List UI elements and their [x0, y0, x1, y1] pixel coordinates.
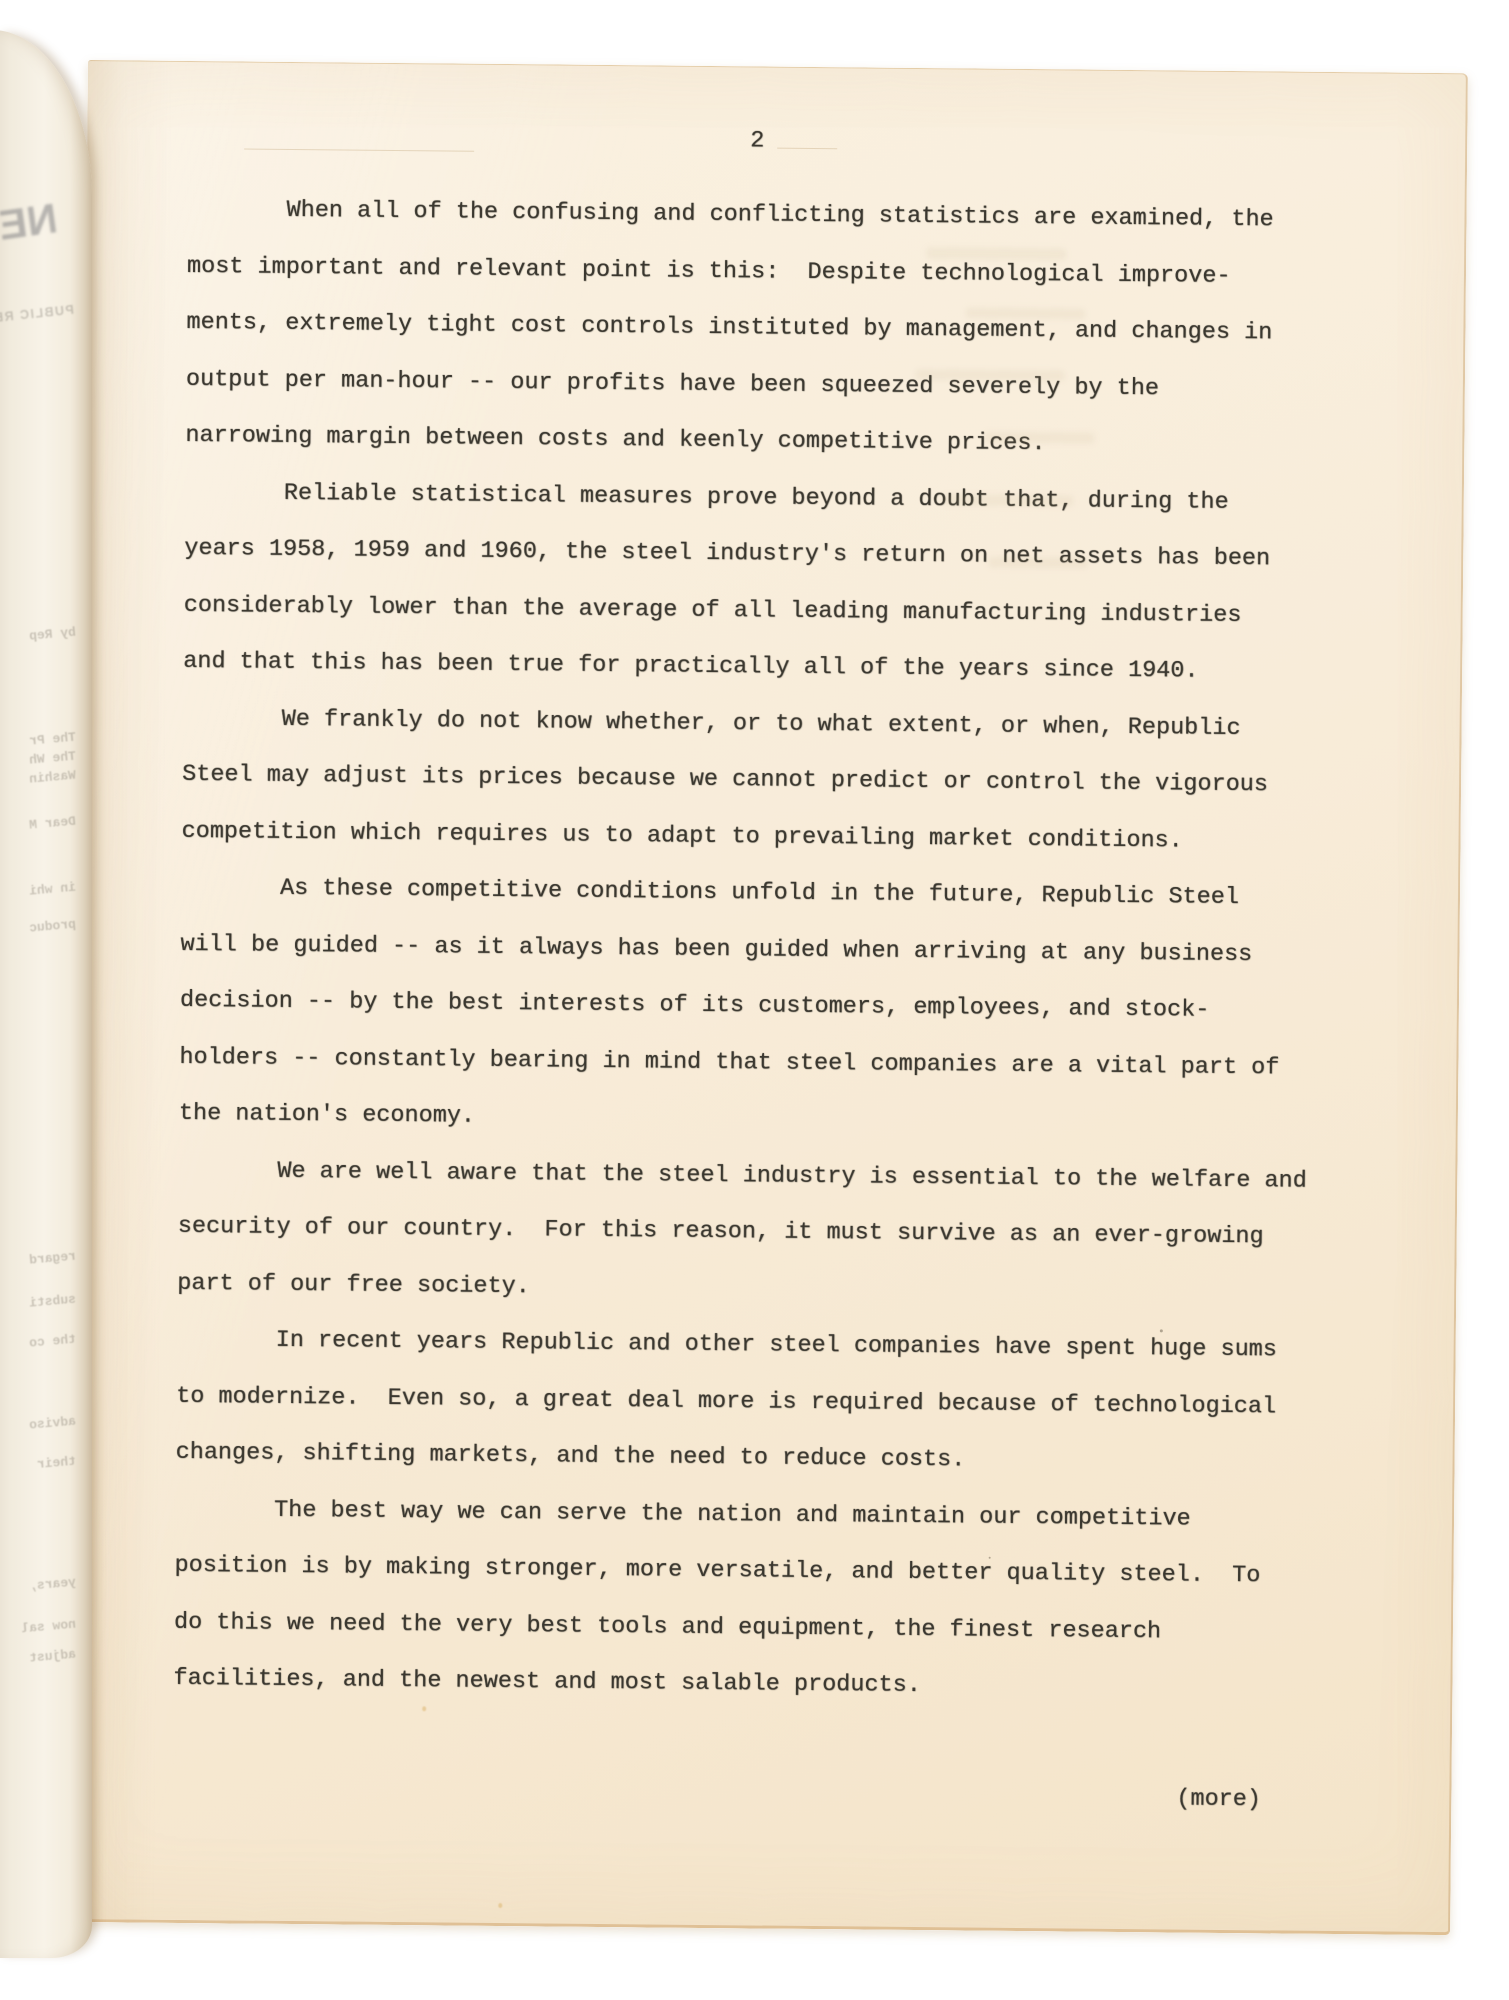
ghost-text-fragment: now sal: [0, 1617, 77, 1639]
ghost-text-fragment: Washin: [0, 768, 77, 790]
paragraph: As these competitive conditions unfold i…: [179, 860, 1310, 1153]
showthrough-smudge: [966, 307, 1086, 319]
ghost-text-fragment: The Wh: [0, 749, 77, 771]
typewritten-text-body: When all of the confusing and conflictin…: [173, 182, 1316, 1718]
paper-scratch: [777, 148, 837, 150]
paragraph: When all of the confusing and conflictin…: [185, 182, 1316, 475]
ghost-text-fragment: by Rep: [0, 625, 77, 647]
ghost-masthead-text: NE: [0, 194, 63, 250]
ghost-text-fragment: in whi: [0, 880, 77, 902]
typewritten-line: Steel may adjust its prices because we c…: [182, 747, 1311, 814]
ghost-text-fragment: regard: [0, 1249, 77, 1271]
showthrough-smudge: [984, 432, 1094, 444]
ghost-text-fragment: adjust: [0, 1647, 77, 1669]
ghost-text-fragment: adviso: [0, 1414, 77, 1436]
typewritten-line: decision -- by the best interests of its…: [180, 973, 1309, 1040]
typewritten-line: and that this has been true for practica…: [183, 634, 1312, 701]
showthrough-smudge: [944, 494, 1074, 506]
ghost-text-fragment: The Pr: [0, 730, 77, 752]
typewritten-line: ments, extremely tight cost controls ins…: [186, 295, 1315, 362]
turned-page-curl: NE PUBLIC RE by RepThe PrThe WhWashinDea…: [0, 30, 92, 1958]
paragraph: In recent years Republic and other steel…: [175, 1312, 1305, 1492]
ink-speck: [1160, 1329, 1163, 1332]
typewritten-line: facilities, and the newest and most sala…: [173, 1651, 1302, 1718]
photographed-document: NE PUBLIC RE by RepThe PrThe WhWashinDea…: [0, 0, 1509, 2000]
showthrough-smudge: [926, 247, 1066, 260]
typewritten-line: narrowing margin between costs and keenl…: [185, 408, 1314, 475]
typewritten-line: the nation's economy.: [179, 1086, 1308, 1153]
typewritten-line: changes, shifting markets, and the need …: [175, 1425, 1304, 1492]
typewritten-line: position is by making stronger, more ver…: [174, 1538, 1303, 1605]
paper-fleck: [422, 1706, 426, 1711]
typewritten-line: In recent years Republic and other steel…: [176, 1312, 1305, 1379]
paragraph: The best way we can serve the nation and…: [173, 1481, 1304, 1718]
continuation-marker: (more): [1176, 1772, 1261, 1829]
typewritten-line: When all of the confusing and conflictin…: [187, 182, 1316, 249]
typewritten-line: years 1958, 1959 and 1960, the steel ind…: [184, 521, 1313, 588]
showthrough-smudge: [988, 557, 1088, 569]
ink-speck: [989, 1557, 991, 1559]
showthrough-smudge: [915, 369, 1065, 381]
ghost-text-fragment: the co: [0, 1332, 77, 1354]
ghost-text-fragment: substi: [0, 1292, 77, 1314]
paragraph: We are well aware that the steel industr…: [177, 1142, 1307, 1322]
ghost-text-fragment: years,: [0, 1575, 77, 1597]
ghost-text-fragment: their: [0, 1454, 77, 1476]
typewritten-line: security of our country. For this reason…: [178, 1199, 1307, 1266]
ghost-text-fragment: Dear M: [0, 814, 77, 836]
ghost-text-fragment: produc: [0, 917, 77, 939]
page-number: 2: [750, 113, 765, 170]
paragraph: We frankly do not know whether, or to wh…: [181, 690, 1311, 870]
document-page: 2 When all of the confusing and conflict…: [70, 60, 1468, 1935]
ghost-subtitle-text: PUBLIC RE: [0, 303, 75, 325]
paragraph: Reliable statistical measures prove beyo…: [183, 464, 1314, 701]
typewritten-line: As these competitive conditions unfold i…: [181, 860, 1310, 927]
paper-scratch: [244, 149, 474, 152]
paper-fleck: [498, 1903, 502, 1908]
